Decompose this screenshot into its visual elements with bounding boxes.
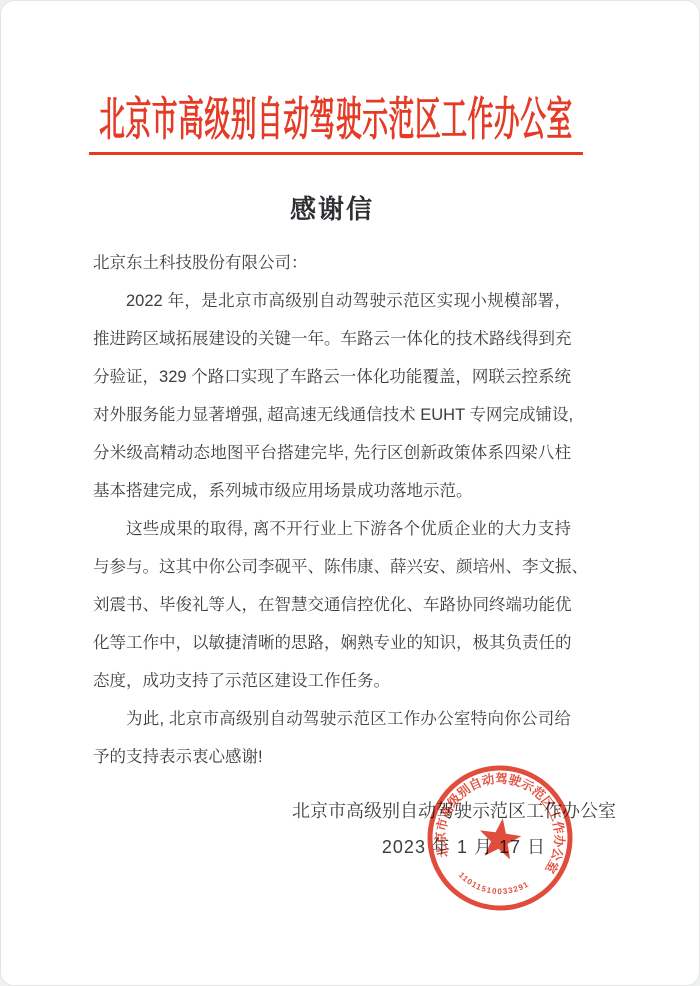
body-line: 2022 年，是北京市高级别自动驾驶示范区实现小规模部署，	[93, 282, 571, 320]
salutation: 北京东土科技股份有限公司：	[93, 244, 571, 282]
letterhead: 北京市高级别自动驾驶示范区工作办公室	[89, 85, 583, 147]
stamp-number: 11011510033291	[455, 870, 532, 901]
signature-org-name: 北京市高级别自动驾驶示范区工作办公室	[292, 793, 616, 829]
letter-title: 感谢信	[93, 189, 571, 226]
letter-body: 北京东土科技股份有限公司： 2022 年，是北京市高级别自动驾驶示范区实现小规模…	[93, 244, 571, 776]
body-line: 对外服务能力显著增强, 超高速无线通信技术 EUHT 专网完成铺设,	[93, 396, 571, 434]
letterhead-divider	[89, 152, 583, 155]
body-line: 化等工作中，以敏捷清晰的思路，娴熟专业的知识，极其负责任的	[93, 624, 571, 662]
svg-text:11011510033291: 11011510033291	[455, 870, 532, 901]
body-line: 为此, 北京市高级别自动驾驶示范区工作办公室特向你公司给	[93, 700, 571, 738]
body-line: 分验证，329 个路口实现了车路云一体化功能覆盖，网联云控系统	[93, 358, 571, 396]
body-line: 分米级高精动态地图平台搭建完毕, 先行区创新政策体系四梁八柱	[93, 434, 571, 472]
body-line: 基本搭建完成，系列城市级应用场景成功落地示范。	[93, 472, 571, 510]
letter-page: 北京市高级别自动驾驶示范区工作办公室 感谢信 北京东土科技股份有限公司： 202…	[0, 0, 700, 986]
body-paragraph-lines: 2022 年，是北京市高级别自动驾驶示范区实现小规模部署，推进跨区域拓展建设的关…	[93, 282, 571, 776]
letterhead-org-name: 北京市高级别自动驾驶示范区工作办公室	[99, 83, 573, 149]
body-line: 予的支持表示衷心感谢!	[93, 738, 571, 776]
body-line: 这些成果的取得, 离不开行业上下游各个优质企业的大力支持	[93, 510, 571, 548]
body-line: 推进跨区域拓展建设的关键一年。车路云一体化的技术路线得到充	[93, 320, 571, 358]
body-line: 与参与。这其中你公司李砚平、陈伟康、薛兴安、颜培州、李文振、	[93, 548, 571, 586]
body-line: 态度，成功支持了示范区建设工作任务。	[93, 662, 571, 700]
body-line: 刘震书、毕俊礼等人，在智慧交通信控优化、车路协同终端功能优	[93, 586, 571, 624]
signature-date: 2023 年 1 月 17 日	[292, 829, 616, 865]
signature-block: 北京市高级别自动驾驶示范区工作办公室 2023 年 1 月 17 日	[292, 793, 616, 865]
